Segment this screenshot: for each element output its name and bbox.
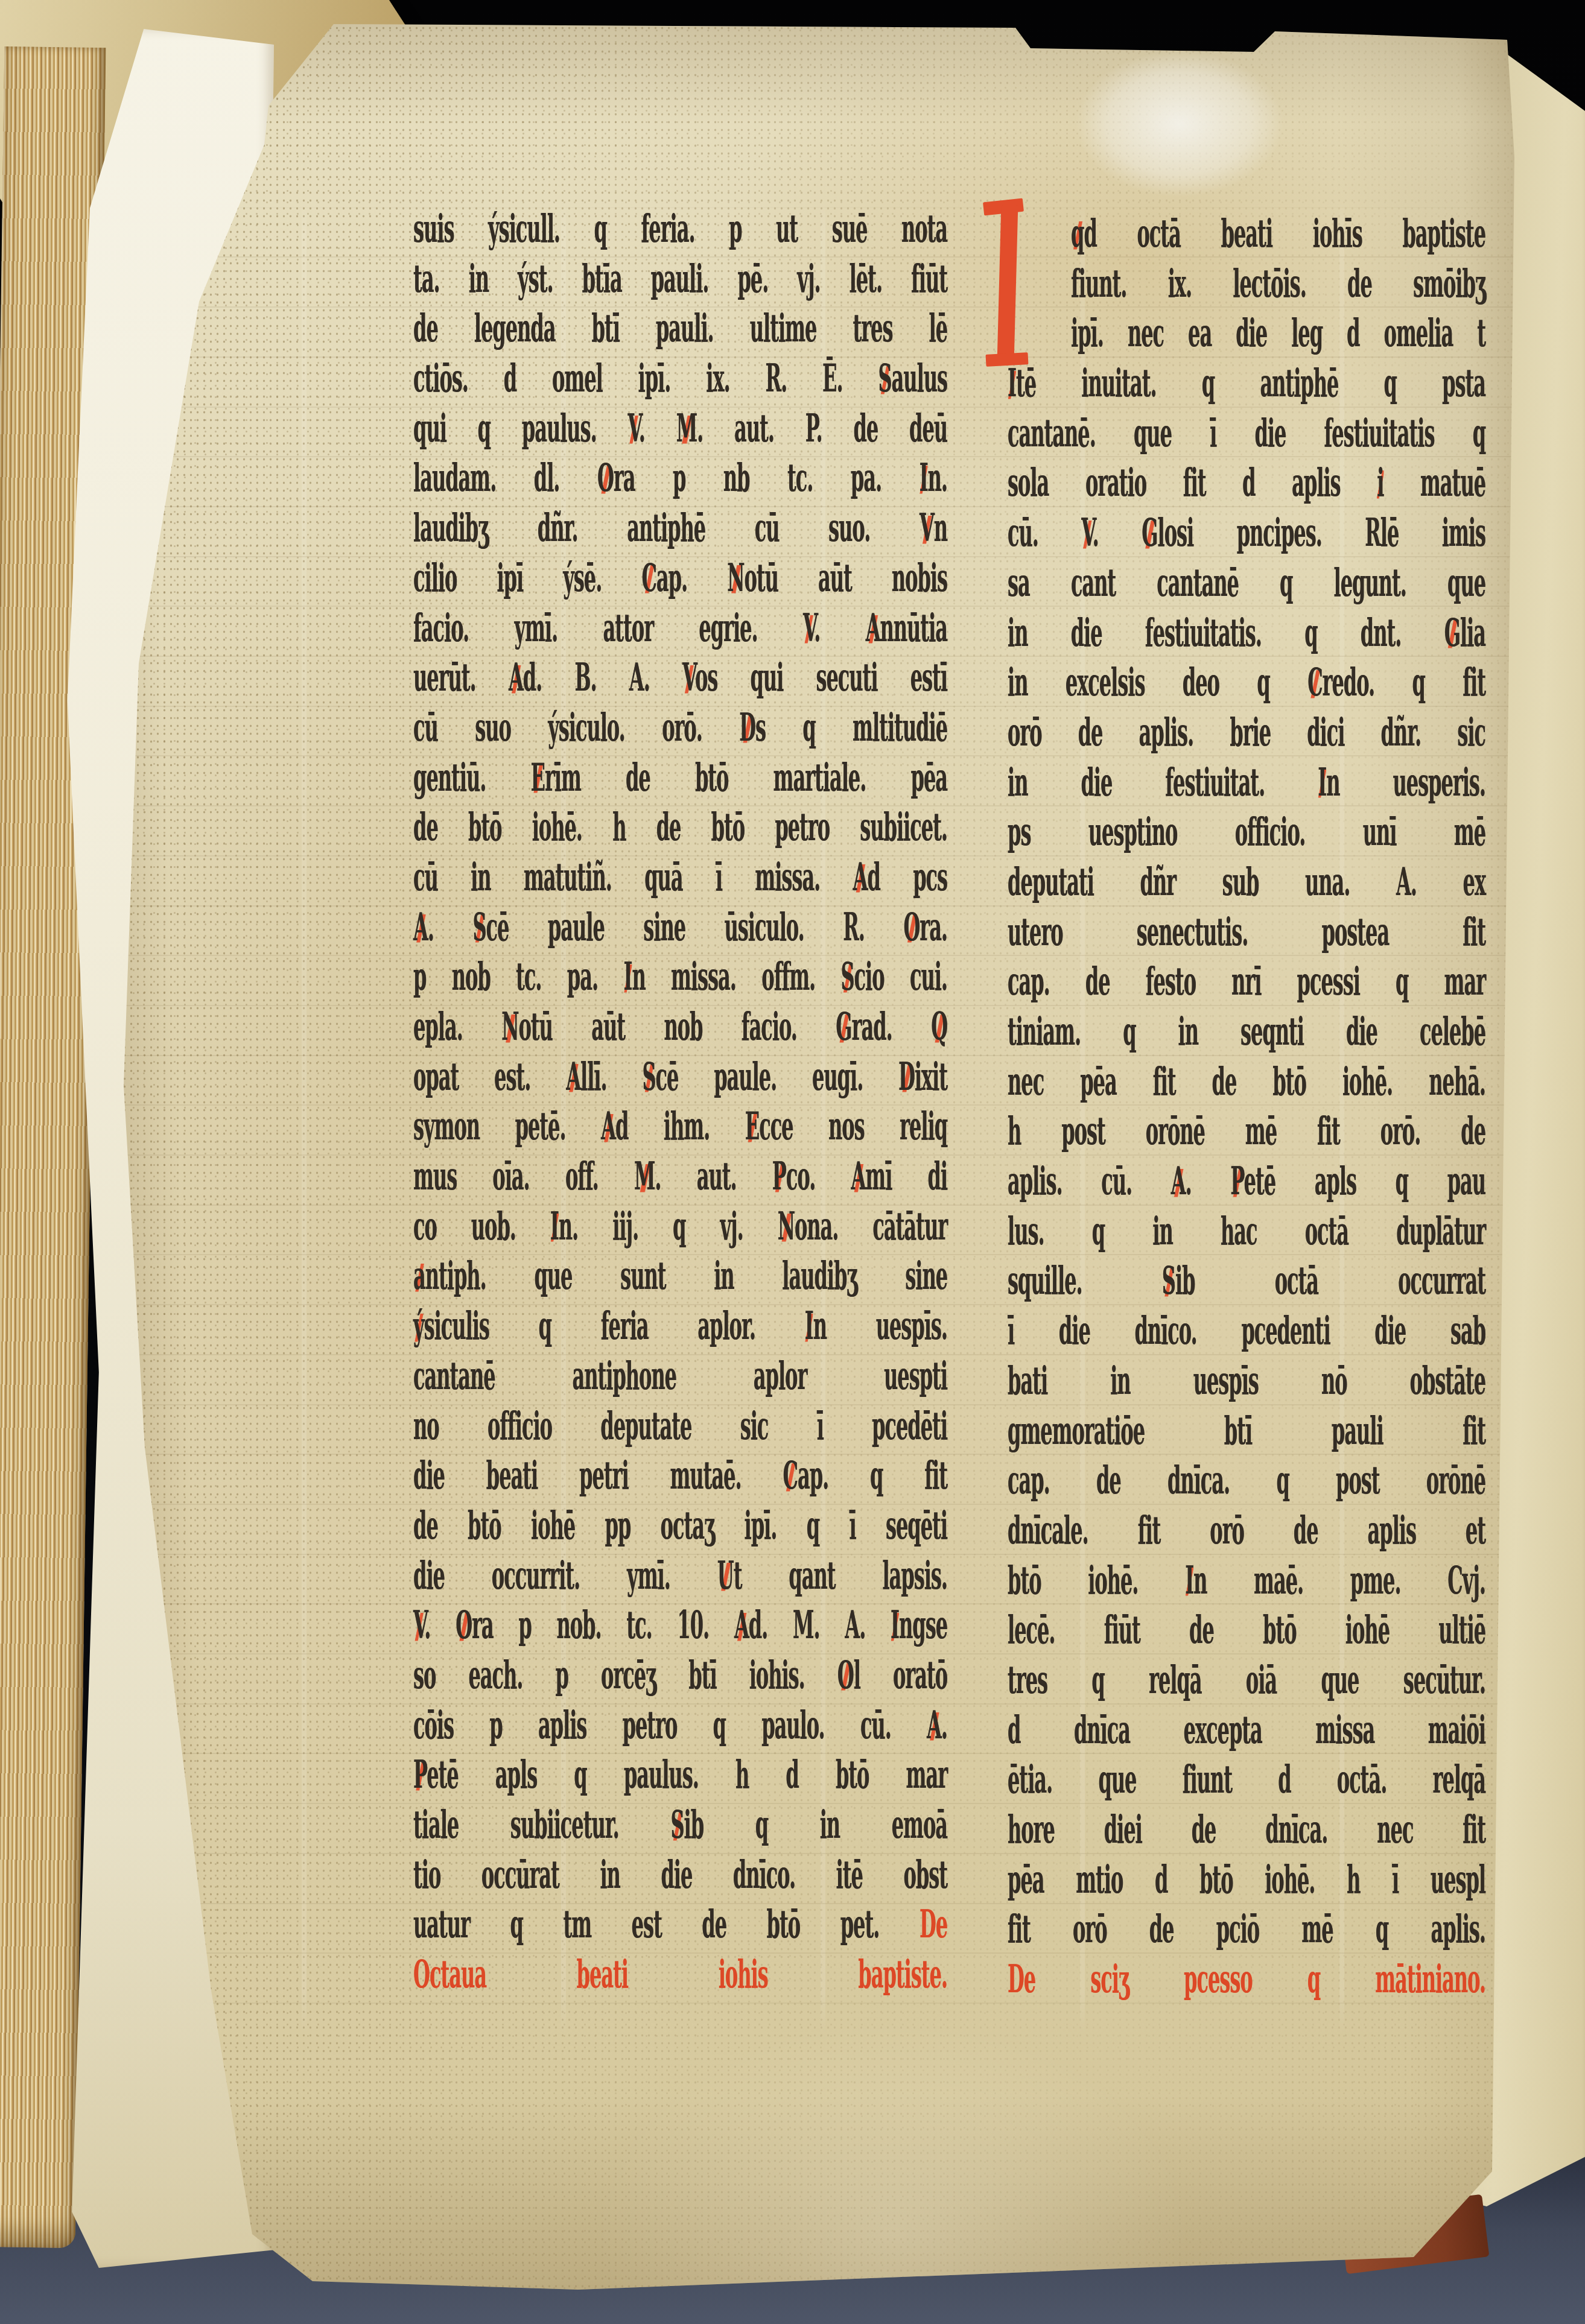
text-segment: cū. [1008, 510, 1081, 556]
manuscript-text-line: dnīcale. fit orō de aplis et [1008, 1506, 1485, 1556]
manuscript-text-line: Petē apls q paulus. h d btō mar [413, 1750, 947, 1800]
text-segment: etē apls q paulus. h d btō mar [427, 1752, 947, 1797]
manuscript-text-line: uerūt. Ad. B. A. Vos qui secuti estī [413, 653, 947, 703]
rubric-segment: N [778, 1204, 795, 1249]
manuscript-text-line: in die festiuitatis. q dnt. Glia [1008, 609, 1485, 659]
text-segment: mus oīa. off. [413, 1154, 634, 1199]
text-segment: . aut. [655, 1154, 772, 1199]
text-segment: orō de aplis. brie dici dñr. sic [1008, 710, 1485, 755]
manuscript-text-line: pēa mtio d btō iohē. h ī uespl [1008, 1855, 1485, 1905]
manuscript-text-line: symon petē. Ad ihm. Ecce nos reliq [413, 1102, 947, 1152]
text-segment: ps uesptino officio. unī mē [1008, 809, 1485, 855]
text-segment: laudibʒ dñr. antiphē cū suo. [413, 505, 920, 551]
text-segment: ap. [656, 556, 727, 601]
text-segment: os qui secuti estī [695, 655, 947, 700]
text-segment: qui q paulus. [413, 406, 628, 451]
manuscript-text-line: cap. de festo nrī pcessi q mar [1008, 957, 1485, 1007]
rubric-segment: I [1008, 361, 1016, 406]
text-segment: cōis p aplis petro q paulo. cū. [413, 1703, 927, 1748]
text-segment: otū aūt nob facio. [518, 1004, 836, 1050]
rubric-segment: N [501, 1004, 518, 1050]
rubric-segment: E [745, 1104, 759, 1149]
rubric-segment: S [670, 1802, 684, 1847]
manuscript-text-line: aplis. cū. A. Petē apls q pau [1008, 1157, 1485, 1207]
rubric-segment: O [456, 1603, 472, 1648]
text-segment: co uob. [413, 1204, 550, 1249]
text-segment: deputati dñr sub una. A. ex [1008, 860, 1485, 905]
text-segment: . [1186, 1159, 1231, 1204]
text-segment: ētia. que fiunt d octā. relqā [1008, 1757, 1485, 1802]
manuscript-text-line: btō iohē. In maē. pme. Cvj. [1008, 1556, 1485, 1606]
manuscript-text-line: nec pēa fit de btō iohē. nehā. [1008, 1057, 1485, 1107]
text-segment: in die festiuitat. [1008, 760, 1318, 805]
rubric-segment: G [1444, 610, 1460, 656]
text-segment: p nob tc. pa. [413, 954, 623, 999]
text-segment: n. iij. q vj. [559, 1204, 778, 1249]
text-segment: d dnīca excepta missa maiōi [1008, 1708, 1485, 1753]
manuscript-text-line: facio. ymī. attor egrie. V. Annūtia [413, 604, 947, 654]
rubric-segment: N [727, 556, 744, 601]
manuscript-text-line: cilio ipī ýsē. Cap. Notū aūt nobis [413, 554, 947, 604]
text-segment: btō iohē. [1008, 1558, 1185, 1603]
rubric-segment: D [739, 705, 755, 750]
text-segment: cū in matutiñ. quā ī missa. [413, 855, 853, 900]
text-segment: . [941, 1703, 947, 1748]
text-segment: d octā beati iohīs baptiste [1084, 211, 1485, 256]
rubric-segment: M [676, 406, 697, 451]
rubric-segment: S [472, 905, 486, 950]
text-segment: nec pēa fit de btō iohē. nehā. [1008, 1059, 1485, 1104]
text-segment: ra p nb tc. pa. [614, 455, 920, 501]
text-column-left: suis ýsicull. q feria. p ut suē notata. … [413, 204, 947, 2000]
rubric-segment: U [717, 1553, 734, 1598]
rubric-segment: G [836, 1004, 851, 1050]
manuscript-text-line: ipī. nec ea die leg d omelia t [1008, 309, 1485, 359]
text-segment: lus. q in hac octā duplātur [1008, 1209, 1485, 1254]
rubric-segment: O [597, 455, 614, 501]
manuscript-text-line: cū. V. Glosi pncipes. Rlē imis [1008, 508, 1485, 559]
text-segment: suis ýsicull. q feria. p ut suē nota [413, 206, 947, 252]
text-segment: ntiph. que sunt in laudibʒ sine [425, 1253, 947, 1299]
manuscript-text-line: gmemoratiōe btī pauli fit [1008, 1407, 1485, 1457]
manuscript-text-line: fiunt. ix. lectōis. de smōibʒ [1008, 259, 1485, 309]
manuscript-text-line: suis ýsicull. q feria. p ut suē nota [413, 204, 947, 255]
text-segment: laudam. dl. [413, 455, 597, 501]
manuscript-text-line: ta. in ýst. btīa pauli. pē. vj. lēt. fiū… [413, 255, 947, 305]
manuscript-text-line: qui q paulus. V. M. aut. P. de deū [413, 404, 947, 454]
text-segment: . [428, 905, 473, 950]
rubric-segment: A [601, 1104, 615, 1149]
rubric-segment: I [550, 1204, 559, 1249]
rubric-segment: ý [413, 1303, 424, 1349]
rubric-segment: M [634, 1154, 655, 1199]
rubric-segment: Octaua beati iohis baptiste. [413, 1952, 947, 1997]
manuscript-text-line: epla. Notū aūt nob facio. Grad. Q [413, 1002, 947, 1053]
rubric-segment: V [920, 505, 934, 551]
rubric-segment: I [805, 1303, 813, 1349]
rubric-segment: S [1162, 1258, 1175, 1303]
rubric-segment: V [682, 655, 695, 700]
rubric-segment: Q [931, 1004, 947, 1050]
rubric-segment: A [927, 1703, 941, 1748]
rubric-segment: O [837, 1653, 854, 1698]
manuscript-text-line: ctiōs. d omel ipī. ix. R. Ē. Saulus [413, 354, 947, 404]
text-segment: . [1093, 510, 1142, 556]
text-segment: hore diei de dnīca. nec fit [1008, 1807, 1485, 1852]
manuscript-text-line: cū suo ýsiculo. orō. Ds q mltitudiē [413, 703, 947, 753]
manuscript-text-line: orō de aplis. brie dici dñr. sic [1008, 708, 1485, 758]
text-segment: gmemoratiōe btī pauli fit [1008, 1408, 1485, 1454]
text-segment: d. B. A. [523, 655, 682, 700]
text-segment: tiniam. q in seqnti die celebē [1008, 1009, 1485, 1054]
manuscript-text-line: sa cant cantanē q legunt. que [1008, 559, 1485, 609]
text-segment: cio cui. [854, 954, 947, 999]
text-segment: tē inuitat. q antiphē q psta [1016, 361, 1485, 406]
rubric-segment: A [853, 855, 868, 900]
text-segment: symon petē. [413, 1104, 601, 1149]
text-segment: siculis q feria aplor. [424, 1303, 805, 1349]
manuscript-text-line: co uob. In. iij. q vj. Nona. cātātur [413, 1202, 947, 1252]
manuscript-text-line: tiale subiicetur. Sib q in emoā [413, 1800, 947, 1851]
manuscript-text-line: tiniam. q in seqnti die celebē [1008, 1007, 1485, 1057]
text-segment: cū suo ýsiculo. orō. [413, 705, 739, 750]
manuscript-text-line: ps uesptino officio. unī mē [1008, 808, 1485, 858]
manuscript-text-line: cantanē antiphone aplor uespti [413, 1352, 947, 1402]
manuscript-text-line: de legenda btī pauli. ultime tres lē [413, 304, 947, 354]
rubric-segment: A [734, 1603, 749, 1648]
text-segment: nnūtia [880, 606, 947, 651]
rubric-segment: I [1318, 760, 1326, 805]
rubric-segment: A [1171, 1159, 1186, 1204]
text-segment: die occurrit. ymī. [413, 1553, 717, 1598]
text-segment: etē apls q pau [1244, 1159, 1485, 1204]
text-segment: co. [786, 1154, 851, 1199]
text-segment: fiunt. ix. lectōis. de smōibʒ [1071, 261, 1485, 306]
rubric-segment: I [623, 954, 632, 999]
manuscript-text-line: hore diei de dnīca. nec fit [1008, 1805, 1485, 1855]
manuscript-text-line: p nob tc. pa. In missa. offm. Scio cui. [413, 952, 947, 1002]
rubric-segment: A [509, 655, 523, 700]
rubric-segment: C [641, 556, 656, 601]
rubric-segment: I [1185, 1558, 1193, 1603]
initial-letter: I [986, 200, 988, 207]
text-segment: . [424, 1603, 456, 1648]
rubric-segment: V [803, 606, 814, 651]
rubric-segment: V [1081, 510, 1092, 556]
manuscript-text-line: cantanē. que ī die festiuitatis q [1008, 409, 1485, 459]
rubric-segment: De [920, 1902, 947, 1947]
rubric-segment: De sciʒ pcesso q mātiniano. [1008, 1957, 1485, 2002]
manuscript-text-line: bati in uespīs nō obstāte [1008, 1357, 1485, 1407]
rubric-segment: I [891, 1603, 899, 1648]
text-segment: gentiū. [413, 755, 531, 800]
text-segment: ap. q fit [798, 1453, 947, 1498]
manuscript-text-line: sola oratio fit d aplis i matuē [1008, 458, 1485, 508]
manuscript-text-line: no officio deputate sic ī pcedēti [413, 1402, 947, 1452]
rubric-segment: O [903, 905, 920, 950]
manuscript-text-line: tres q relqā oiā que secūtur. [1008, 1656, 1485, 1706]
text-segment: uatur q tm est de btō pet. [413, 1902, 920, 1947]
manuscript-text-line: utero senectutis. postea fit [1008, 908, 1485, 958]
rubric-segment: P [772, 1154, 786, 1199]
rubric-segment: C [783, 1453, 797, 1498]
manuscript-text-line: ýsiculis q feria aplor. In uespīs. [413, 1302, 947, 1352]
text-segment: epla. [413, 1004, 501, 1050]
text-segment: bati in uespīs nō obstāte [1008, 1358, 1485, 1404]
text-segment: ipī. nec ea die leg d omelia t [1071, 311, 1485, 356]
text-segment: tio occūrat in die dnīco. itē obst [413, 1852, 947, 1898]
manuscript-text-line: Itē inuitat. q antiphē q psta [1008, 359, 1485, 409]
text-segment: facio. ymī. attor egrie. [413, 606, 803, 651]
text-segment: squille. [1008, 1258, 1162, 1303]
rubric-segment: S [841, 954, 854, 999]
rubric-segment: i [1377, 460, 1383, 505]
text-segment: n [934, 505, 947, 551]
manuscript-text-line: opat est. Allī. Scē paule. eugī. Dixit [413, 1053, 947, 1103]
manuscript-text-line: cōis p aplis petro q paulo. cū. A. [413, 1701, 947, 1751]
text-segment: cap. de festo nrī pcessi q mar [1008, 959, 1485, 1004]
text-segment: cantanē. que ī die festiuitatis q [1008, 411, 1485, 456]
manuscript-text-line: die beati petri mutaē. Cap. q fit [413, 1451, 947, 1501]
text-segment: otū aūt nobis [744, 556, 947, 601]
rubric-segment: C [1307, 660, 1322, 705]
manuscript-text-line: gentiū. Erīm de btō martiale. pēa [413, 753, 947, 803]
text-segment: utero senectutis. postea fit [1008, 910, 1485, 955]
text-segment: tiale subiicetur. [413, 1802, 670, 1847]
text-segment: . aut. P. de deū [697, 406, 947, 451]
manuscript-photo: I suis ýsicull. q feria. p ut suē notata… [0, 0, 1585, 2324]
text-column-right: qd octā beati iohīs baptistefiunt. ix. l… [1008, 209, 1485, 2005]
manuscript-text-line: ī die dnīco. pcedenti die sab [1008, 1306, 1485, 1357]
text-segment: n. [928, 455, 947, 501]
text-segment: ra p nob. tc. 10. [472, 1603, 734, 1648]
text-segment: de btō iohē pp octaʒ ipī. q ī seqēti [413, 1503, 947, 1548]
text-segment: d pcs [867, 855, 947, 900]
manuscript-text-line: laudibʒ dñr. antiphē cū suo. Vn [413, 504, 947, 554]
rubric-segment: S [642, 1054, 655, 1100]
text-segment: matuē [1383, 460, 1485, 505]
text-segment: . [639, 406, 676, 451]
rubric-segment: E [531, 755, 545, 800]
manuscript-text-line: qd octā beati iohīs baptiste [1008, 209, 1485, 259]
text-segment: ib q in emoā [684, 1802, 947, 1847]
text-segment: cce nos reliq [759, 1104, 947, 1149]
text-segment: n missa. offm. [632, 954, 840, 999]
text-segment: d ihm. [615, 1104, 745, 1149]
manuscript-text-line: mus oīa. off. M. aut. Pco. Amī di [413, 1152, 947, 1202]
text-segment: cē paule sine ūsiculo. R. [486, 905, 904, 950]
text-segment: rīm de btō martiale. pēa [545, 755, 947, 800]
text-segment: ixit [915, 1054, 947, 1100]
manuscript-text-line: de btō iohē. h de btō petro subiicet. [413, 803, 947, 853]
text-segment: so each. p orcēʒ btī iohis. [413, 1653, 837, 1698]
text-segment: d. M. A. [749, 1603, 891, 1648]
text-segment: in excelsis deo q [1008, 660, 1307, 705]
text-segment: de legenda btī pauli. ultime tres lē [413, 306, 947, 351]
rubric-segment: D [898, 1054, 915, 1100]
text-segment: aplis. cū. [1008, 1159, 1171, 1204]
manuscript-text-line: d dnīca excepta missa maiōi [1008, 1706, 1485, 1756]
text-segment: t qant lapsis. [734, 1553, 947, 1598]
manuscript-text-line: cap. de dnīca. q post orōnē [1008, 1456, 1485, 1506]
text-segment: sola oratio fit d aplis [1008, 460, 1377, 505]
text-segment: sa cant cantanē q legunt. que [1008, 560, 1485, 606]
rubric-segment: A [566, 1054, 580, 1100]
text-segment: ta. in ýst. btīa pauli. pē. vj. lēt. fiū… [413, 256, 947, 302]
text-segment: tres q relqā oiā que secūtur. [1008, 1658, 1485, 1703]
manuscript-text-line: so each. p orcēʒ btī iohis. Ol oratō [413, 1651, 947, 1701]
text-segment: cē paule. eugī. [655, 1054, 898, 1100]
text-segment: rad. [852, 1004, 932, 1050]
rubric-segment: A [851, 1154, 865, 1199]
manuscript-text-line: laudam. dl. Ora p nb tc. pa. In. [413, 454, 947, 504]
text-segment: s q mltitudiē [755, 705, 947, 750]
manuscript-text-line: die occurrit. ymī. Ut qant lapsis. [413, 1551, 947, 1601]
manuscript-text-line: tio occūrat in die dnīco. itē obst [413, 1851, 947, 1901]
text-segment: l oratō [854, 1653, 947, 1698]
text-segment: aulus [892, 356, 947, 401]
rubric-segment: q [1071, 211, 1084, 256]
text-segment: in die festiuitatis. q dnt. [1008, 610, 1444, 656]
text-segment: lecē. fiūt de btō iohē ultiē [1008, 1607, 1485, 1653]
manuscript-text-line: fit orō de pciō mē q aplis. [1008, 1905, 1485, 1955]
rubric-segment: V [628, 406, 639, 451]
manuscript-text-line: lus. q in hac octā duplātur [1008, 1207, 1485, 1257]
rubric-segment: V [413, 1603, 424, 1648]
text-segment: uerūt. [413, 655, 509, 700]
text-segment: ona. cātātur [795, 1204, 947, 1249]
text-segment: pēa mtio d btō iohē. h ī uespl [1008, 1857, 1485, 1902]
rubric-segment: P [413, 1752, 427, 1797]
rubric-segment: P [1230, 1159, 1244, 1204]
text-segment: fit orō de pciō mē q aplis. [1008, 1907, 1485, 1952]
text-segment: cantanē antiphone aplor uespti [413, 1354, 947, 1399]
text-segment: ī die dnīco. pcedenti die sab [1008, 1308, 1485, 1354]
manuscript-text-line: ētia. que fiunt d octā. relqā [1008, 1755, 1485, 1805]
rubric-segment: G [1142, 510, 1157, 556]
manuscript-text-line: in die festiuitat. In uesperis. [1008, 758, 1485, 808]
text-segment: ra. [920, 905, 947, 950]
manuscript-text-line: deputati dñr sub una. A. ex [1008, 858, 1485, 908]
text-segment: redo. q fit [1323, 660, 1485, 705]
manuscript-text-line: h post orōnē mē fit orō. de [1008, 1107, 1485, 1157]
text-segment: ctiōs. d omel ipī. ix. R. Ē. [413, 356, 878, 401]
text-segment: h post orōnē mē fit orō. de [1008, 1109, 1485, 1154]
rubric-text-line: uatur q tm est de btō pet. De [413, 1900, 947, 1950]
rubric-segment: I [920, 455, 928, 501]
text-segment: llī. [580, 1054, 642, 1100]
text-segment: lia [1460, 610, 1485, 656]
text-segment: ngse [899, 1603, 947, 1648]
text-segment: no officio deputate sic ī pcedēti [413, 1404, 947, 1449]
text-segment: n uespīs. [813, 1303, 947, 1349]
rubric-text-line: Octaua beati iohis baptiste. [413, 1950, 947, 2000]
manuscript-text-line: V. Ora p nob. tc. 10. Ad. M. A. Ingse [413, 1601, 947, 1651]
text-segment: de btō iohē. h de btō petro subiicet. [413, 805, 947, 850]
text-segment: n uesperis. [1326, 760, 1485, 805]
text-segment: . [814, 606, 866, 651]
text-segment: cilio ipī ýsē. [413, 556, 641, 601]
text-segment: opat est. [413, 1054, 566, 1100]
manuscript-text-line: squille. Sib octā occurrat [1008, 1256, 1485, 1306]
manuscript-text-line: A. Scē paule sine ūsiculo. R. Ora. [413, 903, 947, 953]
manuscript-text-line: lecē. fiūt de btō iohē ultiē [1008, 1606, 1485, 1656]
rubric-segment: A [866, 606, 880, 651]
manuscript-text-line: cū in matutiñ. quā ī missa. Ad pcs [413, 853, 947, 903]
text-segment: mī di [865, 1154, 947, 1199]
rubric-segment: a [413, 1253, 425, 1299]
text-segment: losi pncipes. Rlē imis [1158, 510, 1486, 556]
text-segment: die beati petri mutaē. [413, 1453, 783, 1498]
rubric-segment: A [413, 905, 428, 950]
manuscript-text-line: de btō iohē pp octaʒ ipī. q ī seqēti [413, 1501, 947, 1551]
text-segment: ib octā occurrat [1175, 1258, 1485, 1303]
manuscript-text-line: in excelsis deo q Credo. q fit [1008, 658, 1485, 708]
rubric-segment: S [878, 356, 891, 401]
text-segment: cap. de dnīca. q post orōnē [1008, 1458, 1485, 1503]
manuscript-text-line: antiph. que sunt in laudibʒ sine [413, 1252, 947, 1302]
text-segment: dnīcale. fit orō de aplis et [1008, 1508, 1485, 1553]
text-segment: n maē. pme. Cvj. [1193, 1558, 1485, 1603]
rubric-text-line: De sciʒ pcesso q mātiniano. [1008, 1955, 1485, 2005]
text-layer: I suis ýsicull. q feria. p ut suē notata… [0, 0, 1585, 2324]
